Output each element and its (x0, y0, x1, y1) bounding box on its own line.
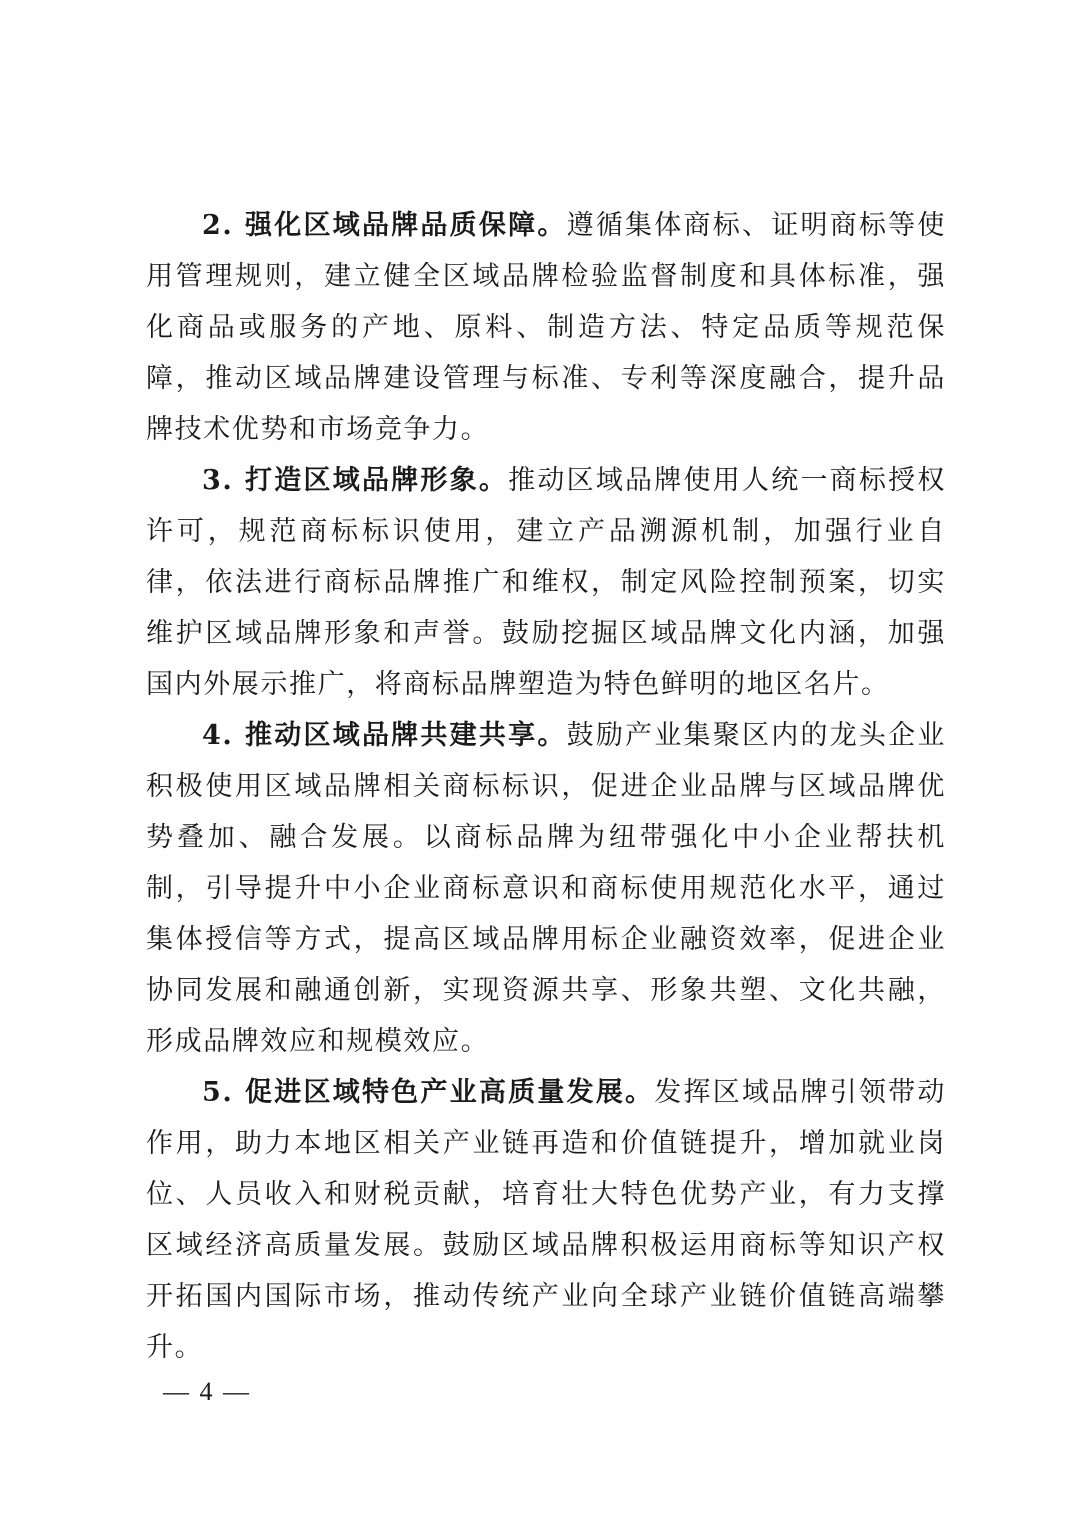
paragraph-body: 推动区域品牌使用人统一商标授权许可，规范商标标识使用，建立产品溯源机制，加强行业… (146, 465, 946, 700)
paragraph-heading: 2. 强化区域品牌品质保障。 (202, 210, 567, 241)
paragraph-3: 3. 打造区域品牌形象。推动区域品牌使用人统一商标授权许可，规范商标标识使用，建… (146, 455, 946, 710)
page-number: — 4 — (163, 1377, 251, 1407)
paragraph-4: 4. 推动区域品牌共建共享。鼓励产业集聚区内的龙头企业积极使用区域品牌相关商标标… (146, 710, 946, 1067)
paragraph-heading: 4. 推动区域品牌共建共享。 (202, 720, 567, 751)
paragraph-body: 发挥区域品牌引领带动作用，助力本地区相关产业链再造和价值链提升，增加就业岗位、人… (146, 1077, 946, 1363)
paragraph-body: 遵循集体商标、证明商标等使用管理规则，建立健全区域品牌检验监督制度和具体标准，强… (146, 210, 946, 445)
paragraph-body: 鼓励产业集聚区内的龙头企业积极使用区域品牌相关商标标识，促进企业品牌与区域品牌优… (146, 720, 946, 1057)
paragraph-heading: 5. 促进区域特色产业高质量发展。 (202, 1077, 654, 1108)
paragraph-heading: 3. 打造区域品牌形象。 (202, 465, 508, 496)
document-page: 2. 强化区域品牌品质保障。遵循集体商标、证明商标等使用管理规则，建立健全区域品… (146, 200, 946, 1373)
paragraph-5: 5. 促进区域特色产业高质量发展。发挥区域品牌引领带动作用，助力本地区相关产业链… (146, 1067, 946, 1373)
paragraph-2: 2. 强化区域品牌品质保障。遵循集体商标、证明商标等使用管理规则，建立健全区域品… (146, 200, 946, 455)
